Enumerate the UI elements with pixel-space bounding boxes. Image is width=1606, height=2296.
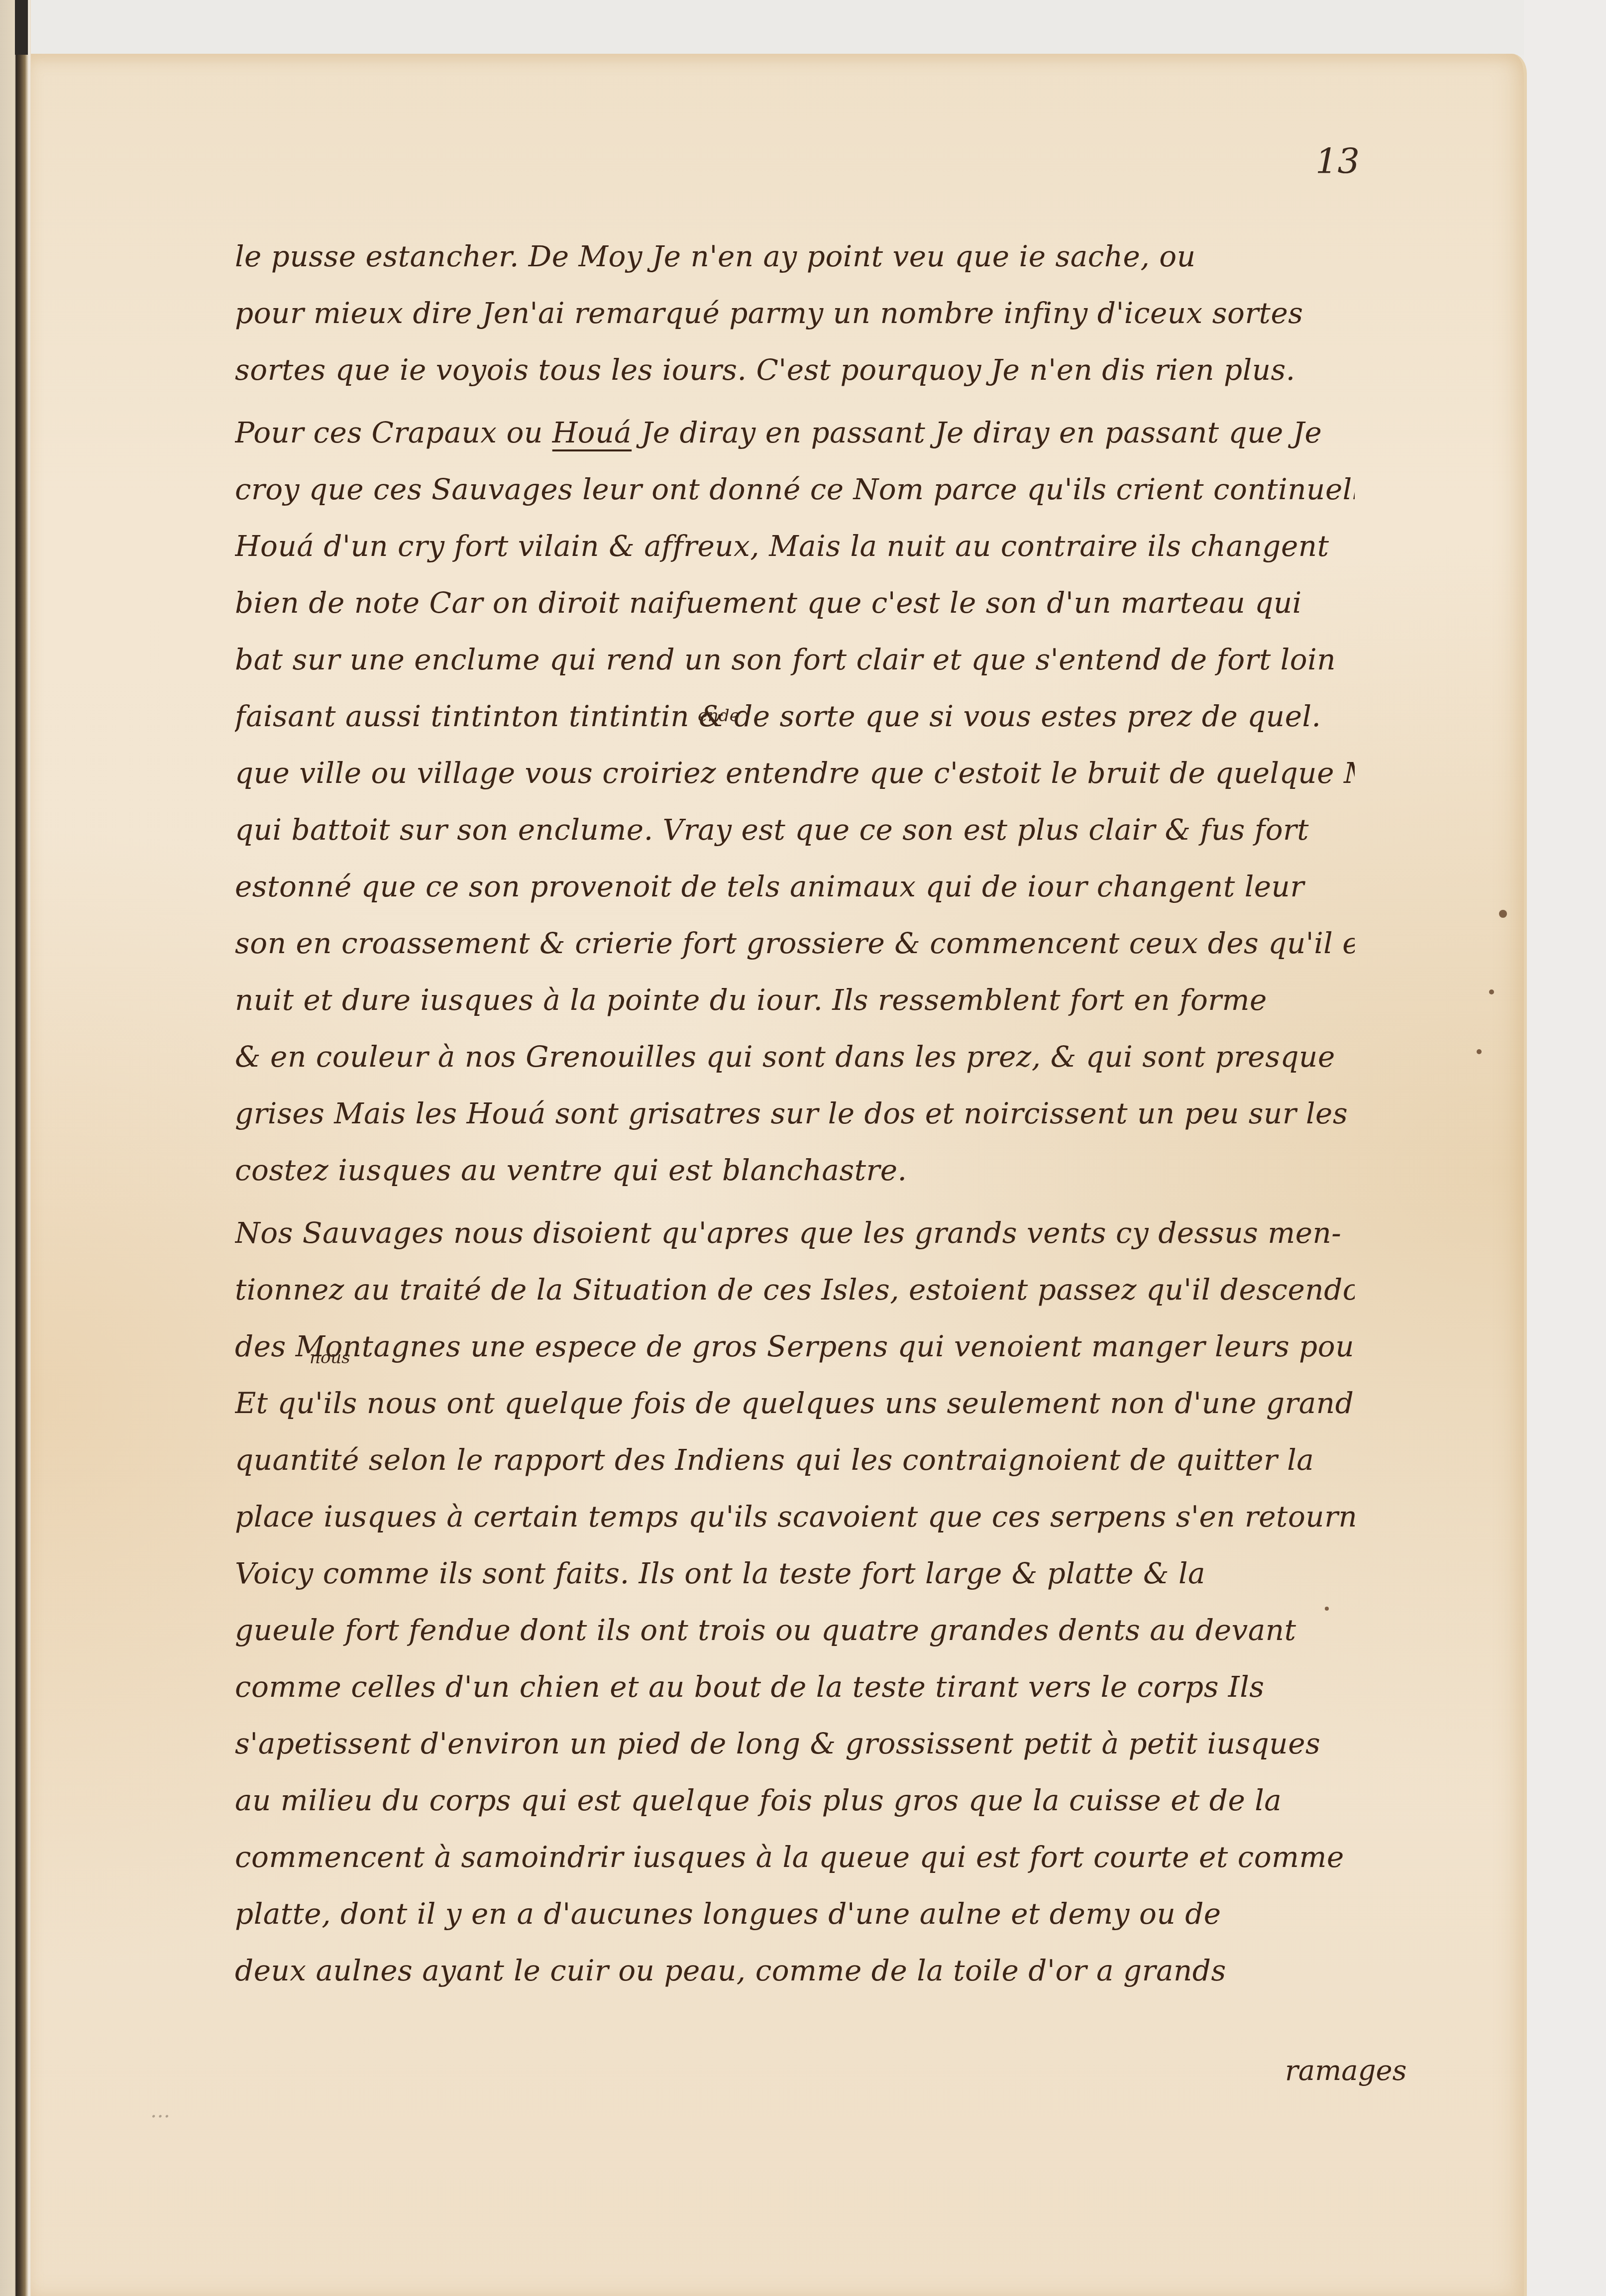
- ink-spot: [1489, 989, 1494, 994]
- manuscript-line-paragraph-start: Pour ces Crapaux ou Houá Je diray en pas…: [235, 404, 1355, 461]
- manuscript-line: place iusques à certain temps qu'ils sca…: [235, 1488, 1355, 1545]
- interlinear-insertion: ende: [698, 706, 740, 726]
- manuscript-line: Et qu'ils nous ont quelque fois de quelq…: [235, 1375, 1355, 1431]
- manuscript-line: que ville ou village vous croiriez enten…: [235, 745, 1355, 801]
- interlinear-insertion: nous: [310, 1348, 350, 1368]
- manuscript-text: le pusse estancher. De Moy Je n'en ay po…: [235, 228, 1355, 1999]
- catchword: ramages: [1285, 2055, 1406, 2087]
- manuscript-line: pour mieux dire Jen'ai remarqué parmy un…: [235, 285, 1355, 341]
- manuscript-line: estonné que ce son provenoit de tels ani…: [235, 858, 1355, 915]
- manuscript-line: Voicy comme ils sont faits. Ils ont la t…: [235, 1545, 1355, 1602]
- scan-background-right: [1524, 0, 1606, 2296]
- manuscript-line: nuit et dure iusques à la pointe du iour…: [235, 972, 1355, 1028]
- manuscript-line: sortes que ie voyois tous les iours. C'e…: [235, 341, 1355, 398]
- manuscript-line: platte, dont il y en a d'aucunes longues…: [235, 1885, 1355, 1942]
- folio-number: 13: [1315, 141, 1360, 182]
- manuscript-line: quantité selon le rapport des Indiens qu…: [235, 1431, 1355, 1488]
- manuscript-line: Houá d'un cry fort vilain & affreux, Mai…: [235, 518, 1355, 574]
- manuscript-line: des Montagnes une espece de gros Serpens…: [235, 1318, 1355, 1375]
- manuscript-line: commencent à samoindrir iusques à la que…: [235, 1829, 1355, 1885]
- manuscript-page: 13 le pusse estancher. De Moy Je n'en ay…: [31, 54, 1527, 2296]
- ink-spot: [1477, 1049, 1482, 1054]
- manuscript-line: bat sur une enclume qui rend un son fort…: [235, 631, 1355, 688]
- manuscript-line: au milieu du corps qui est quelque fois …: [235, 1772, 1355, 1829]
- manuscript-line: faisant aussi tintinton tintintin & de s…: [235, 688, 1355, 745]
- ink-spot: [1499, 910, 1507, 918]
- manuscript-line: qui battoit sur son enclume. Vray est qu…: [235, 801, 1355, 858]
- manuscript-line-paragraph-start: Nos Sauvages nous disoient qu'apres que …: [235, 1204, 1355, 1261]
- manuscript-line: costez iusques au ventre qui est blancha…: [235, 1142, 1355, 1199]
- underlined-word: Houá: [552, 416, 632, 449]
- faint-marginal-note: …: [150, 2099, 170, 2122]
- manuscript-line: grises Mais les Houá sont grisatres sur …: [235, 1085, 1355, 1142]
- manuscript-line: bien de note Car on diroit naifuement qu…: [235, 574, 1355, 631]
- manuscript-line: tionnez au traité de la Situation de ces…: [235, 1261, 1355, 1318]
- manuscript-line: & en couleur à nos Grenouilles qui sont …: [235, 1028, 1355, 1085]
- ink-spot: [1325, 1607, 1329, 1611]
- manuscript-line: comme celles d'un chien et au bout de la…: [235, 1658, 1355, 1715]
- manuscript-line: gueule fort fendue dont ils ont trois ou…: [235, 1602, 1355, 1658]
- manuscript-line: croy que ces Sauvages leur ont donné ce …: [235, 461, 1355, 518]
- manuscript-line: deux aulnes ayant le cuir ou peau, comme…: [235, 1942, 1355, 1999]
- scan-background-top: [0, 0, 1606, 55]
- manuscript-line: s'apetissent d'environ un pied de long &…: [235, 1715, 1355, 1772]
- manuscript-line: son en croassement & crierie fort grossi…: [235, 915, 1355, 972]
- manuscript-line: le pusse estancher. De Moy Je n'en ay po…: [235, 228, 1355, 285]
- book-binding-edge: [0, 0, 31, 2296]
- binding-dark-strip: [15, 0, 28, 55]
